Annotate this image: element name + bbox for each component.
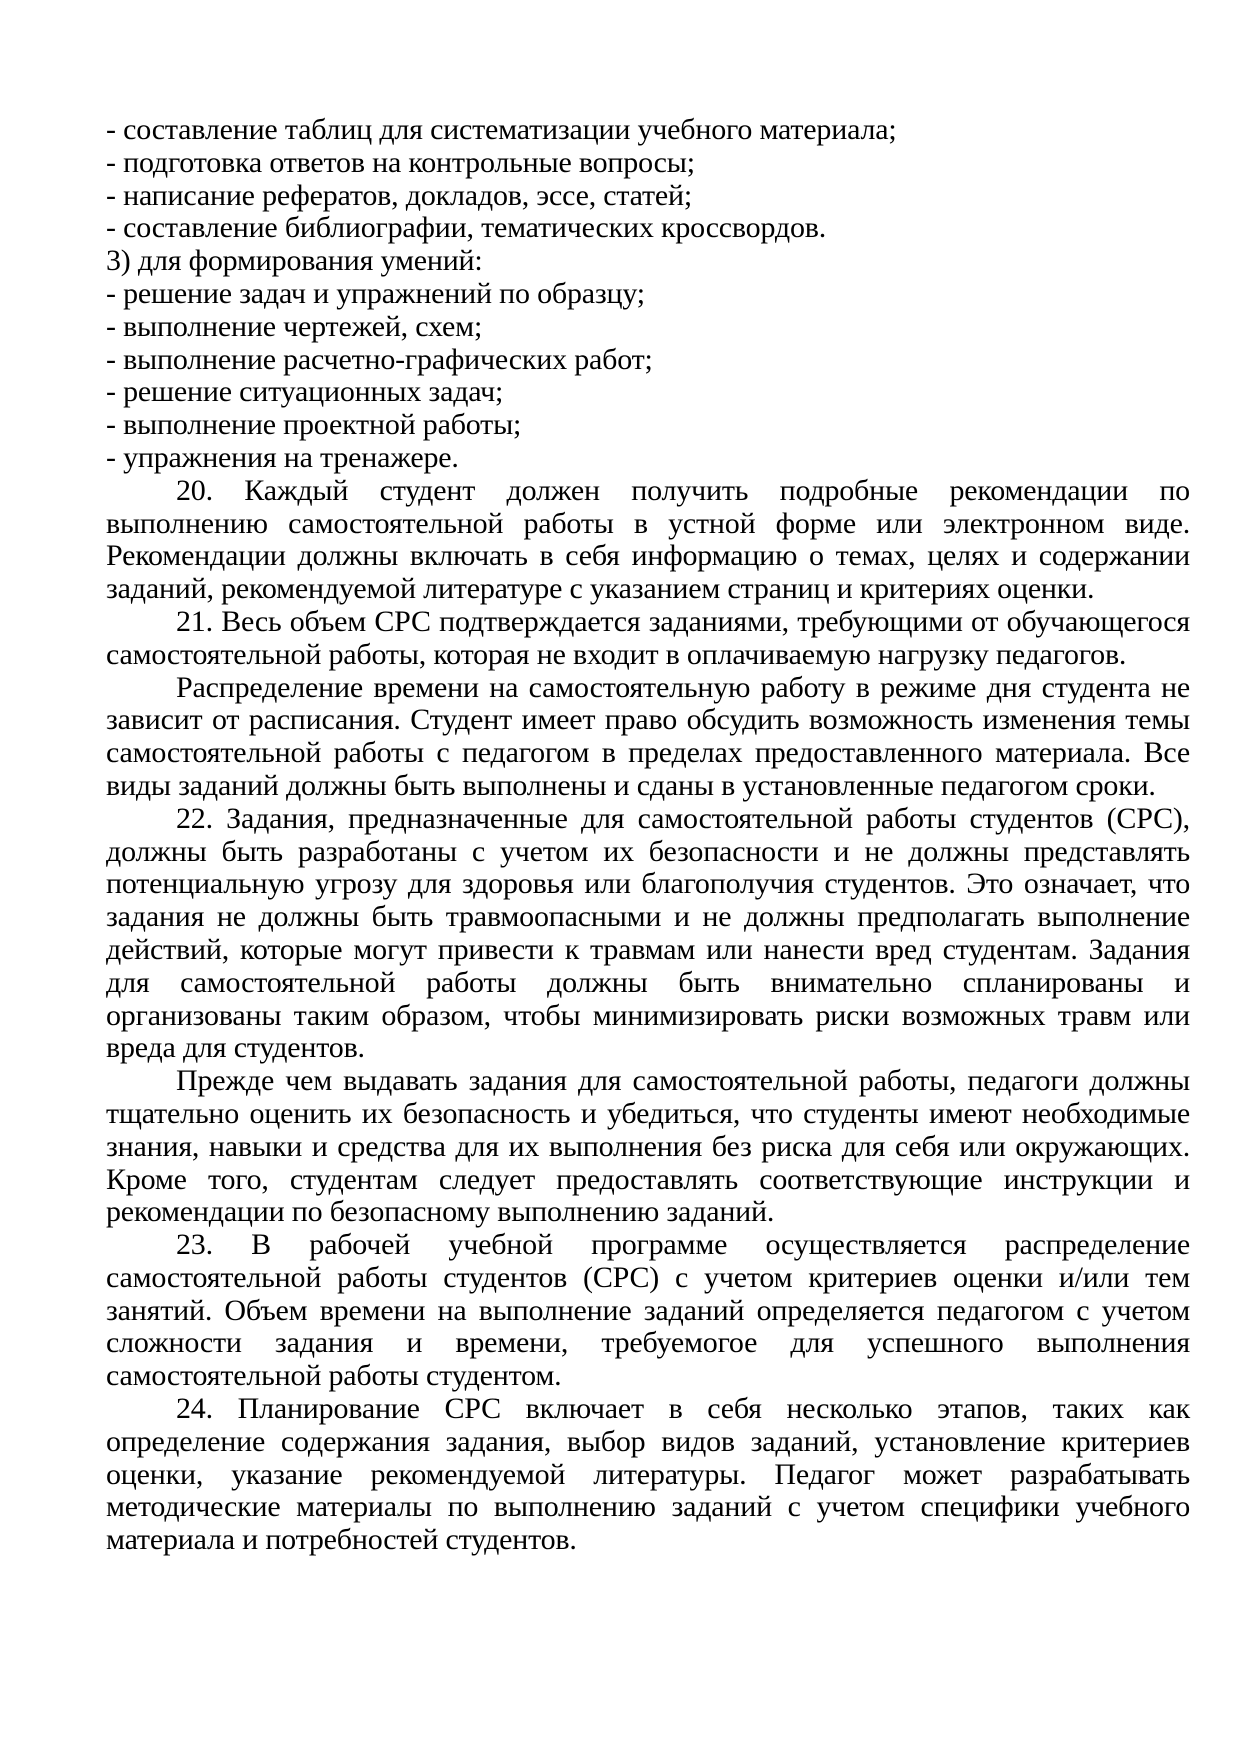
list-item-bibliography: - составление библиографии, тематических…: [106, 212, 1190, 245]
paragraph-safety-assessment: Прежде чем выдавать задания для самостоя…: [106, 1065, 1190, 1229]
document-page: - составление таблиц для систематизации …: [0, 0, 1240, 1755]
list-item-essays: - написание рефератов, докладов, эссе, с…: [106, 180, 1190, 213]
list-item-calc-graphic-works: - выполнение расчетно-графических работ;: [106, 344, 1190, 377]
paragraph-23: 23. В рабочей учебной программе осуществ…: [106, 1229, 1190, 1393]
list-item-answers: - подготовка ответов на контрольные вопр…: [106, 147, 1190, 180]
paragraph-21: 21. Весь объем СРС подтверждается задани…: [106, 606, 1190, 672]
paragraph-20: 20. Каждый студент должен получить подро…: [106, 475, 1190, 606]
list-item-drawings: - выполнение чертежей, схем;: [106, 311, 1190, 344]
list-item-situational-tasks: - решение ситуационных задач;: [106, 376, 1190, 409]
list-item-tasks-by-example: - решение задач и упражнений по образцу;: [106, 278, 1190, 311]
paragraph-time-distribution: Распределение времени на самостоятельную…: [106, 672, 1190, 803]
list-item-tables: - составление таблиц для систематизации …: [106, 114, 1190, 147]
paragraph-24: 24. Планирование СРС включает в себя нес…: [106, 1393, 1190, 1557]
paragraph-22: 22. Задания, предназначенные для самосто…: [106, 803, 1190, 1065]
list-item-simulator-exercises: - упражнения на тренажере.: [106, 442, 1190, 475]
list-heading-skills: 3) для формирования умений:: [106, 245, 1190, 278]
list-item-project-work: - выполнение проектной работы;: [106, 409, 1190, 442]
